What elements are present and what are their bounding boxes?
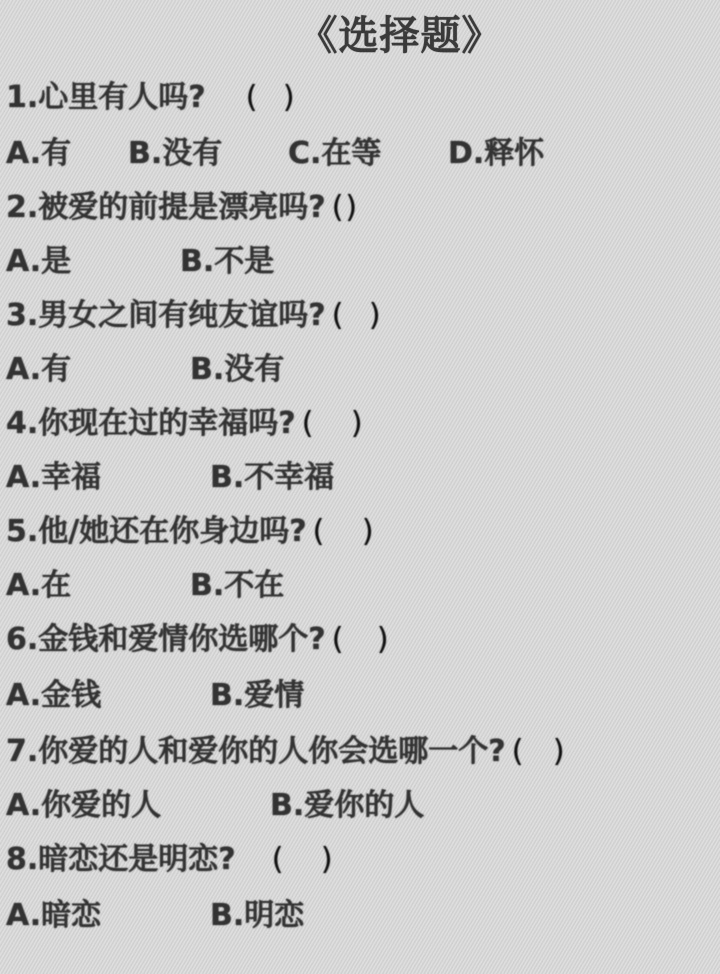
option-a[interactable]: A.幸福 [6, 452, 101, 496]
question-2: 2.被爱的前提是漂亮吗?() [6, 182, 359, 226]
question-text: 4.你现在过的幸福吗? [6, 406, 296, 441]
question-text: 3.男女之间有纯友谊吗? [6, 298, 326, 333]
option-b[interactable]: B.爱你的人 [270, 780, 424, 824]
option-d[interactable]: D.释怀 [448, 128, 544, 172]
option-a[interactable]: A.在 [6, 560, 71, 604]
answer-blank[interactable]: ( ) [332, 622, 401, 657]
question-text: 7.你爱的人和爱你的人你会选哪一个? [6, 734, 506, 769]
answer-blank[interactable]: ( ) [246, 80, 303, 115]
option-b[interactable]: B.没有 [128, 128, 222, 172]
question-text: 8.暗恋还是明恋? [6, 842, 236, 877]
answer-blank[interactable]: ( ) [302, 406, 377, 441]
option-b[interactable]: B.不是 [180, 236, 274, 280]
option-b[interactable]: B.爱情 [210, 670, 304, 714]
option-b[interactable]: B.不幸福 [210, 452, 334, 496]
question-text: 1.心里有人吗? [6, 80, 206, 115]
question-text: 6.金钱和爱情你选哪个? [6, 622, 326, 657]
option-a[interactable]: A.你爱的人 [6, 780, 161, 824]
answer-blank[interactable]: () [332, 190, 359, 225]
question-7: 7.你爱的人和爱你的人你会选哪一个?( ) [6, 726, 575, 770]
option-a[interactable]: A.有 [6, 344, 71, 388]
answer-blank[interactable]: ( ) [332, 298, 389, 333]
option-b[interactable]: B.没有 [190, 344, 284, 388]
question-text: 5.他/她还在你身边吗? [6, 514, 307, 549]
option-b[interactable]: B.不在 [190, 560, 284, 604]
question-4: 4.你现在过的幸福吗?( ) [6, 398, 377, 442]
option-b[interactable]: B.明恋 [210, 890, 304, 934]
page-title: 《选择题》 [0, 4, 720, 61]
option-a[interactable]: A.金钱 [6, 670, 101, 714]
question-text: 2.被爱的前提是漂亮吗? [6, 190, 326, 225]
question-3: 3.男女之间有纯友谊吗?( ) [6, 290, 389, 334]
option-a[interactable]: A.是 [6, 236, 71, 280]
answer-blank[interactable]: ( ) [512, 734, 575, 769]
question-8: 8.暗恋还是明恋?( ) [6, 834, 347, 878]
answer-blank[interactable]: ( ) [272, 842, 347, 877]
question-1: 1.心里有人吗?( ) [6, 72, 303, 116]
quiz-page: 《选择题》 1.心里有人吗?( ) A.有 B.没有 C.在等 D.释怀 2.被… [0, 0, 720, 974]
answer-blank[interactable]: ( ) [313, 514, 388, 549]
question-5: 5.他/她还在你身边吗?( ) [6, 506, 388, 550]
question-6: 6.金钱和爱情你选哪个?( ) [6, 614, 401, 658]
option-c[interactable]: C.在等 [288, 128, 381, 172]
option-a[interactable]: A.暗恋 [6, 890, 101, 934]
option-a[interactable]: A.有 [6, 128, 71, 172]
